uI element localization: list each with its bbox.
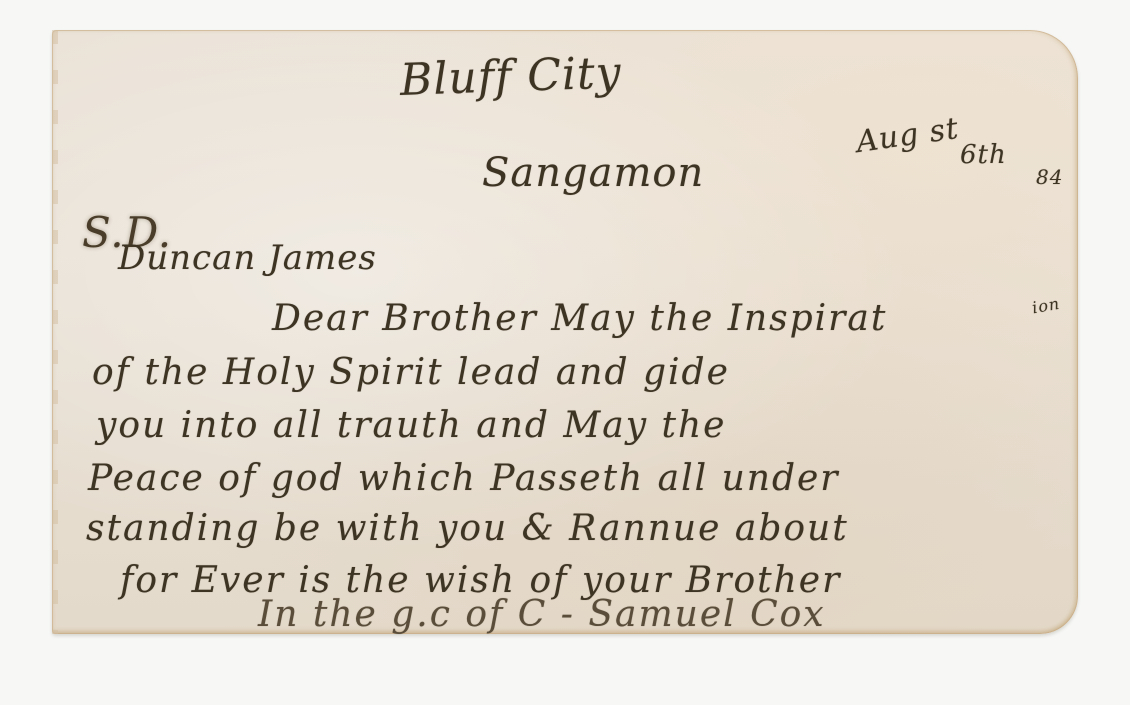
addressee: Duncan James (118, 238, 377, 278)
signature-line: In the g.c of C - Samuel Cox (258, 594, 826, 635)
heading-county: Sangamon (482, 150, 704, 196)
date-year: 84 (1036, 165, 1063, 189)
body-line: Peace of god which Passeth all under (88, 458, 840, 499)
heading-place: Bluff City (399, 47, 622, 106)
body-line: Dear Brother May the Inspirat (272, 298, 887, 339)
date-day: 6th (960, 140, 1007, 170)
body-line: you into all trauth and May the (96, 405, 726, 446)
body-line: standing be with you & Rannue about (86, 508, 849, 549)
body-line: of the Holy Spirit lead and gide (92, 352, 730, 393)
